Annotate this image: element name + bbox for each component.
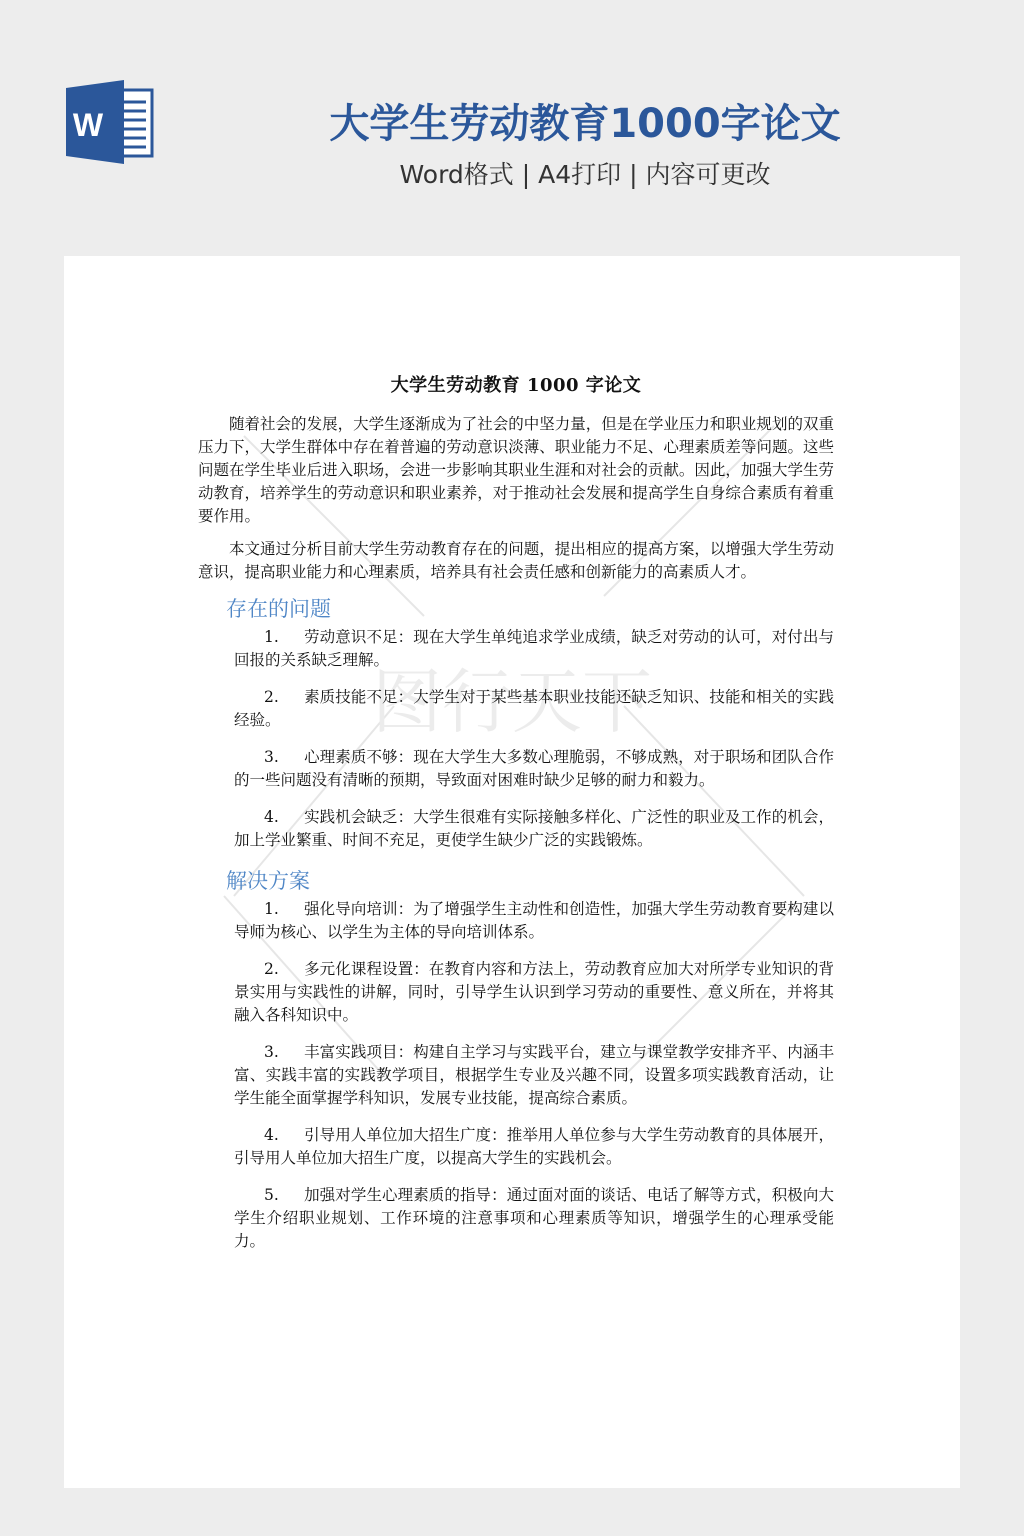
- list-item: 3.心理素质不够：现在大学生大多数心理脆弱，不够成熟，对于职场和团队合作的一些问…: [234, 746, 834, 792]
- document-page: 图行天下 大学生劳动教育 1000 字论文 随着社会的发展，大学生逐渐成为了社会…: [64, 256, 960, 1488]
- word-document-icon: W: [64, 80, 156, 164]
- list-item: 1.劳动意识不足：现在大学生单纯追求学业成绩，缺乏对劳动的认可，对付出与回报的关…: [234, 626, 834, 672]
- intro-paragraph-1: 随着社会的发展，大学生逐渐成为了社会的中坚力量，但是在学业压力和职业规划的双重压…: [198, 413, 834, 528]
- list-item: 5.加强对学生心理素质的指导：通过面对面的谈话、电话了解等方式，积极向大学生介绍…: [234, 1184, 834, 1253]
- banner-title: 大学生劳动教育1000字论文: [260, 92, 910, 149]
- section-heading-problems: 存在的问题: [226, 594, 834, 624]
- list-item: 1.强化导向培训：为了增强学生主动性和创造性，加强大学生劳动教育要构建以导师为核…: [234, 898, 834, 944]
- svg-text:W: W: [73, 107, 104, 143]
- document-body: 大学生劳动教育 1000 字论文 随着社会的发展，大学生逐渐成为了社会的中坚力量…: [198, 374, 834, 1267]
- banner: W 大学生劳动教育1000字论文 Word格式 | A4打印 | 内容可更改: [0, 0, 1024, 256]
- section-heading-solutions: 解决方案: [226, 866, 834, 896]
- document-title: 大学生劳动教育 1000 字论文: [198, 374, 834, 397]
- list-item: 4.引导用人单位加大招生广度：推举用人单位参与大学生劳动教育的具体展开，引导用人…: [234, 1124, 834, 1170]
- intro-paragraph-2: 本文通过分析目前大学生劳动教育存在的问题，提出相应的提高方案，以增强大学生劳动意…: [198, 538, 834, 584]
- list-item: 2.多元化课程设置：在教育内容和方法上，劳动教育应加大对所学专业知识的背景实用与…: [234, 958, 834, 1027]
- banner-subtitle: Word格式 | A4打印 | 内容可更改: [260, 155, 910, 191]
- list-item: 3.丰富实践项目：构建自主学习与实践平台，建立与课堂教学安排齐平、内涵丰富、实践…: [234, 1041, 834, 1110]
- list-item: 4.实践机会缺乏：大学生很难有实际接触多样化、广泛性的职业及工作的机会，加上学业…: [234, 806, 834, 852]
- list-item: 2.素质技能不足：大学生对于某些基本职业技能还缺乏知识、技能和相关的实践经验。: [234, 686, 834, 732]
